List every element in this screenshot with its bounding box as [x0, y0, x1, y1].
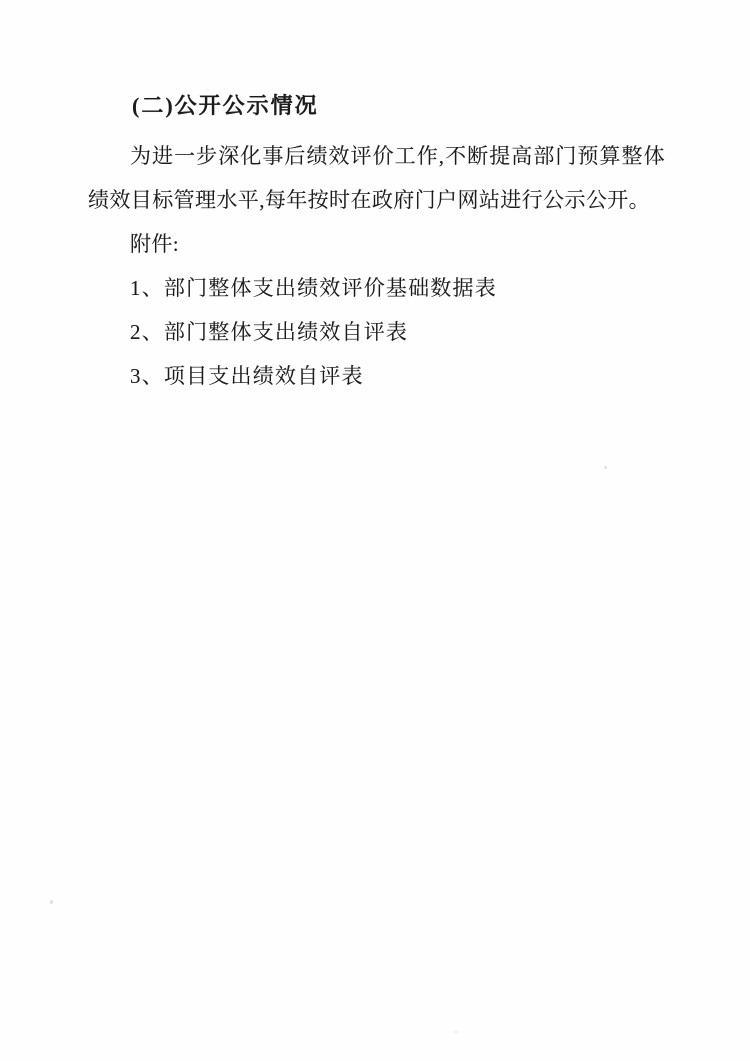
scan-speck	[604, 466, 607, 469]
attachment-item-2: 2、部门整体支出绩效自评表	[88, 310, 665, 354]
document-content: (二)公开公示情况 为进一步深化事后绩效评价工作,不断提高部门预算整体绩效目标管…	[0, 0, 750, 398]
document-page: (二)公开公示情况 为进一步深化事后绩效评价工作,不断提高部门预算整体绩效目标管…	[0, 0, 750, 1061]
scan-speck	[455, 1031, 457, 1033]
attachments-label: 附件:	[88, 222, 665, 266]
section-heading: (二)公开公示情况	[88, 84, 665, 128]
attachment-item-3: 3、项目支出绩效自评表	[88, 354, 665, 398]
body-paragraph: 为进一步深化事后绩效评价工作,不断提高部门预算整体绩效目标管理水平,每年按时在政…	[88, 134, 665, 222]
attachment-item-1: 1、部门整体支出绩效评价基础数据表	[88, 266, 665, 310]
scan-speck	[50, 900, 53, 904]
scan-speck	[207, 89, 209, 91]
